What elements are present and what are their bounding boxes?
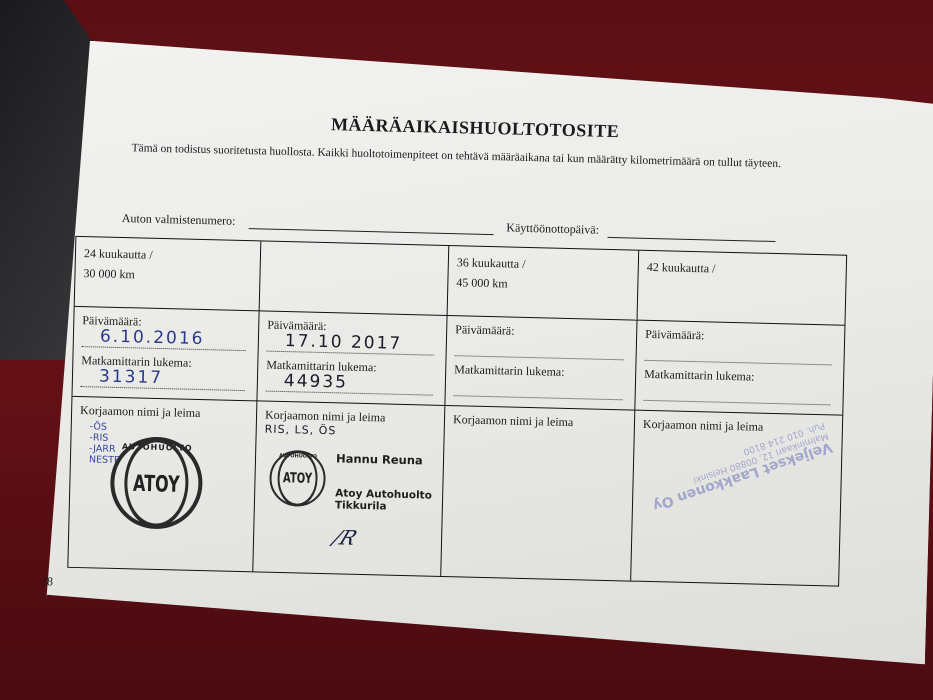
interval-cell-2 bbox=[260, 241, 450, 316]
page-number: 28 bbox=[41, 574, 53, 589]
signature: /R bbox=[329, 525, 360, 549]
odometer-field[interactable] bbox=[644, 382, 831, 406]
date-odometer-cell-2: Päivämäärä: 17.10 2017 Matkamittarin luk… bbox=[257, 311, 447, 406]
interval-months bbox=[269, 248, 440, 252]
service-record-page: MÄÄRÄAIKAISHUOLTOTOSITE Tämä on todistus… bbox=[68, 48, 871, 627]
odometer-field[interactable]: 44935 bbox=[266, 373, 433, 396]
odometer-value: 44935 bbox=[284, 371, 349, 393]
date-value: 6.10.2016 bbox=[100, 327, 205, 350]
interval-km: 30 000 km bbox=[83, 263, 251, 287]
interval-cell-4: 42 kuukautta / bbox=[638, 251, 847, 326]
interval-cell-1: 24 kuukautta / 30 000 km bbox=[75, 237, 262, 311]
date-field[interactable] bbox=[645, 342, 832, 366]
commissioning-date-field[interactable] bbox=[608, 237, 776, 242]
bleed-stamp-line2: Malminkaari 12, 00880 Helsinki bbox=[617, 429, 829, 510]
workshop-label: Korjaamon nimi ja leima bbox=[453, 412, 626, 431]
service-table: 24 kuukautta / 30 000 km 36 kuukautta / … bbox=[67, 236, 847, 587]
workshop-stamp-cell-2: Korjaamon nimi ja leima RIS, LS, ÖS AUTO… bbox=[253, 401, 445, 576]
date-odometer-cell-1: Päivämäärä: 6.10.2016 Matkamittarin luke… bbox=[72, 307, 259, 401]
workshop-stamp-cell-1: Korjaamon nimi ja leima -ÖS -RIS -JARR N… bbox=[68, 397, 257, 571]
date-field[interactable] bbox=[455, 337, 624, 360]
workshop-name: Hannu Reuna bbox=[336, 451, 423, 467]
bleed-through-stamp: Veljekset Laakkonen Oy Malminkaari 12, 0… bbox=[614, 419, 834, 523]
atoy-stamp-icon: AUTOHUOLTO ATOY bbox=[269, 450, 326, 507]
interval-km: 45 000 km bbox=[456, 272, 629, 296]
date-odometer-cell-3: Päivämäärä: Matkamittarin lukema: bbox=[445, 316, 637, 411]
interval-months: 42 kuukautta / bbox=[647, 257, 838, 282]
workshop-address-line2: Tikkurila bbox=[335, 499, 432, 513]
atoy-stamp-icon: AUTOHUOLTO ATOY bbox=[109, 436, 203, 530]
vin-field[interactable] bbox=[248, 228, 493, 235]
workshop-label: Korjaamon nimi ja leima bbox=[80, 403, 248, 422]
odometer-field[interactable] bbox=[454, 377, 623, 400]
interval-km bbox=[269, 248, 440, 252]
odometer-value: 31317 bbox=[99, 367, 164, 389]
date-field[interactable]: 17.10 2017 bbox=[267, 333, 434, 356]
odometer-field[interactable]: 31317 bbox=[81, 368, 245, 391]
stamp-logo: ATOY bbox=[277, 450, 318, 507]
vin-label: Auton valmistenumero: bbox=[122, 211, 236, 229]
workshop-address: Atoy Autohuolto Tikkurila bbox=[335, 487, 432, 513]
workshop-stamp-cell-4: Korjaamon nimi ja leima Veljekset Laakko… bbox=[631, 411, 842, 586]
workshop-stamp-cell-3: Korjaamon nimi ja leima bbox=[441, 406, 635, 581]
intro-text: Tämä on todistus suoritetusta huollosta.… bbox=[131, 141, 831, 172]
date-field[interactable]: 6.10.2016 bbox=[82, 328, 246, 351]
handwritten-codes: RIS, LS, ÖS bbox=[265, 423, 436, 440]
commissioning-date-label: Käyttöönottopäivä: bbox=[506, 220, 599, 237]
date-value: 17.10 2017 bbox=[285, 331, 403, 354]
stamp-logo: ATOY bbox=[123, 437, 189, 528]
date-odometer-cell-4: Päivämäärä: Matkamittarin lukema: bbox=[635, 321, 844, 416]
interval-cell-3: 36 kuukautta / 45 000 km bbox=[448, 246, 640, 321]
note-item: -ÖS bbox=[90, 421, 121, 433]
